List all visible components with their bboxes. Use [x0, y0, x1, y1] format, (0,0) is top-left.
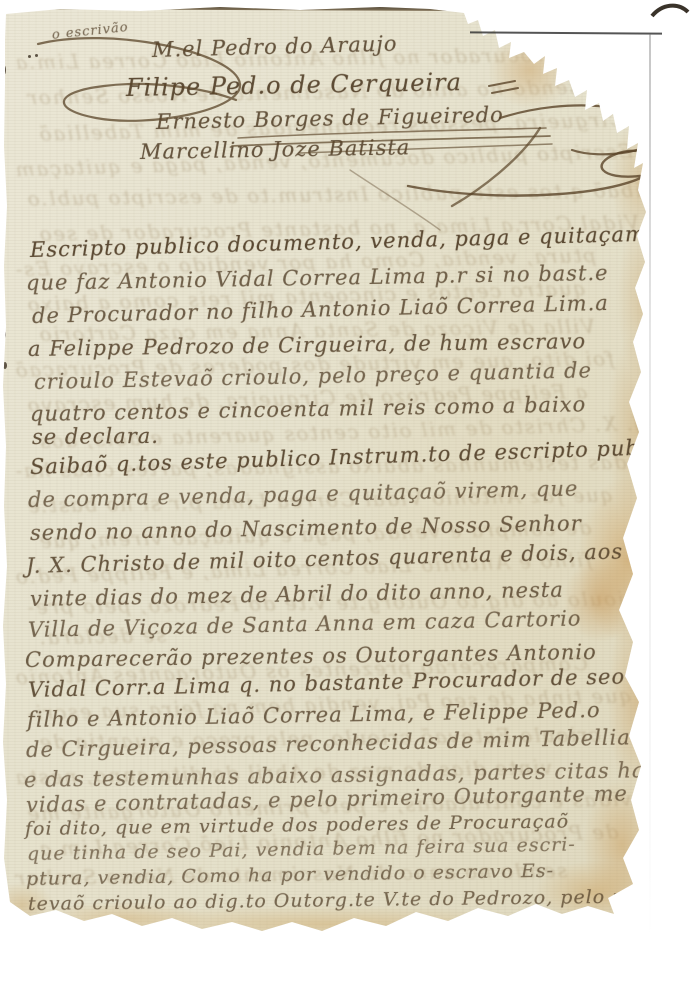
manuscript-line: se declara.: [32, 424, 159, 449]
paper-speck: [3, 362, 7, 369]
header-name-2: Filipe Ped.o de Cerqueira: [126, 68, 462, 102]
manuscript-paper: de Procurador no filho Antonio Liaõ Corr…: [0, 0, 693, 994]
header-name-4: Marcellino Joze Batista: [140, 135, 411, 164]
paper-speck: [2, 330, 6, 339]
paper-speck: [2, 65, 6, 75]
scan-corner-mark: [652, 6, 688, 16]
scanned-document-page: de Procurador no filho Antonio Liaõ Corr…: [0, 0, 693, 994]
paper-speck: [28, 55, 31, 58]
underlying-page-edge: [649, 34, 651, 939]
paper-speck: [35, 54, 38, 57]
scan-artifact-line: [470, 31, 662, 34]
